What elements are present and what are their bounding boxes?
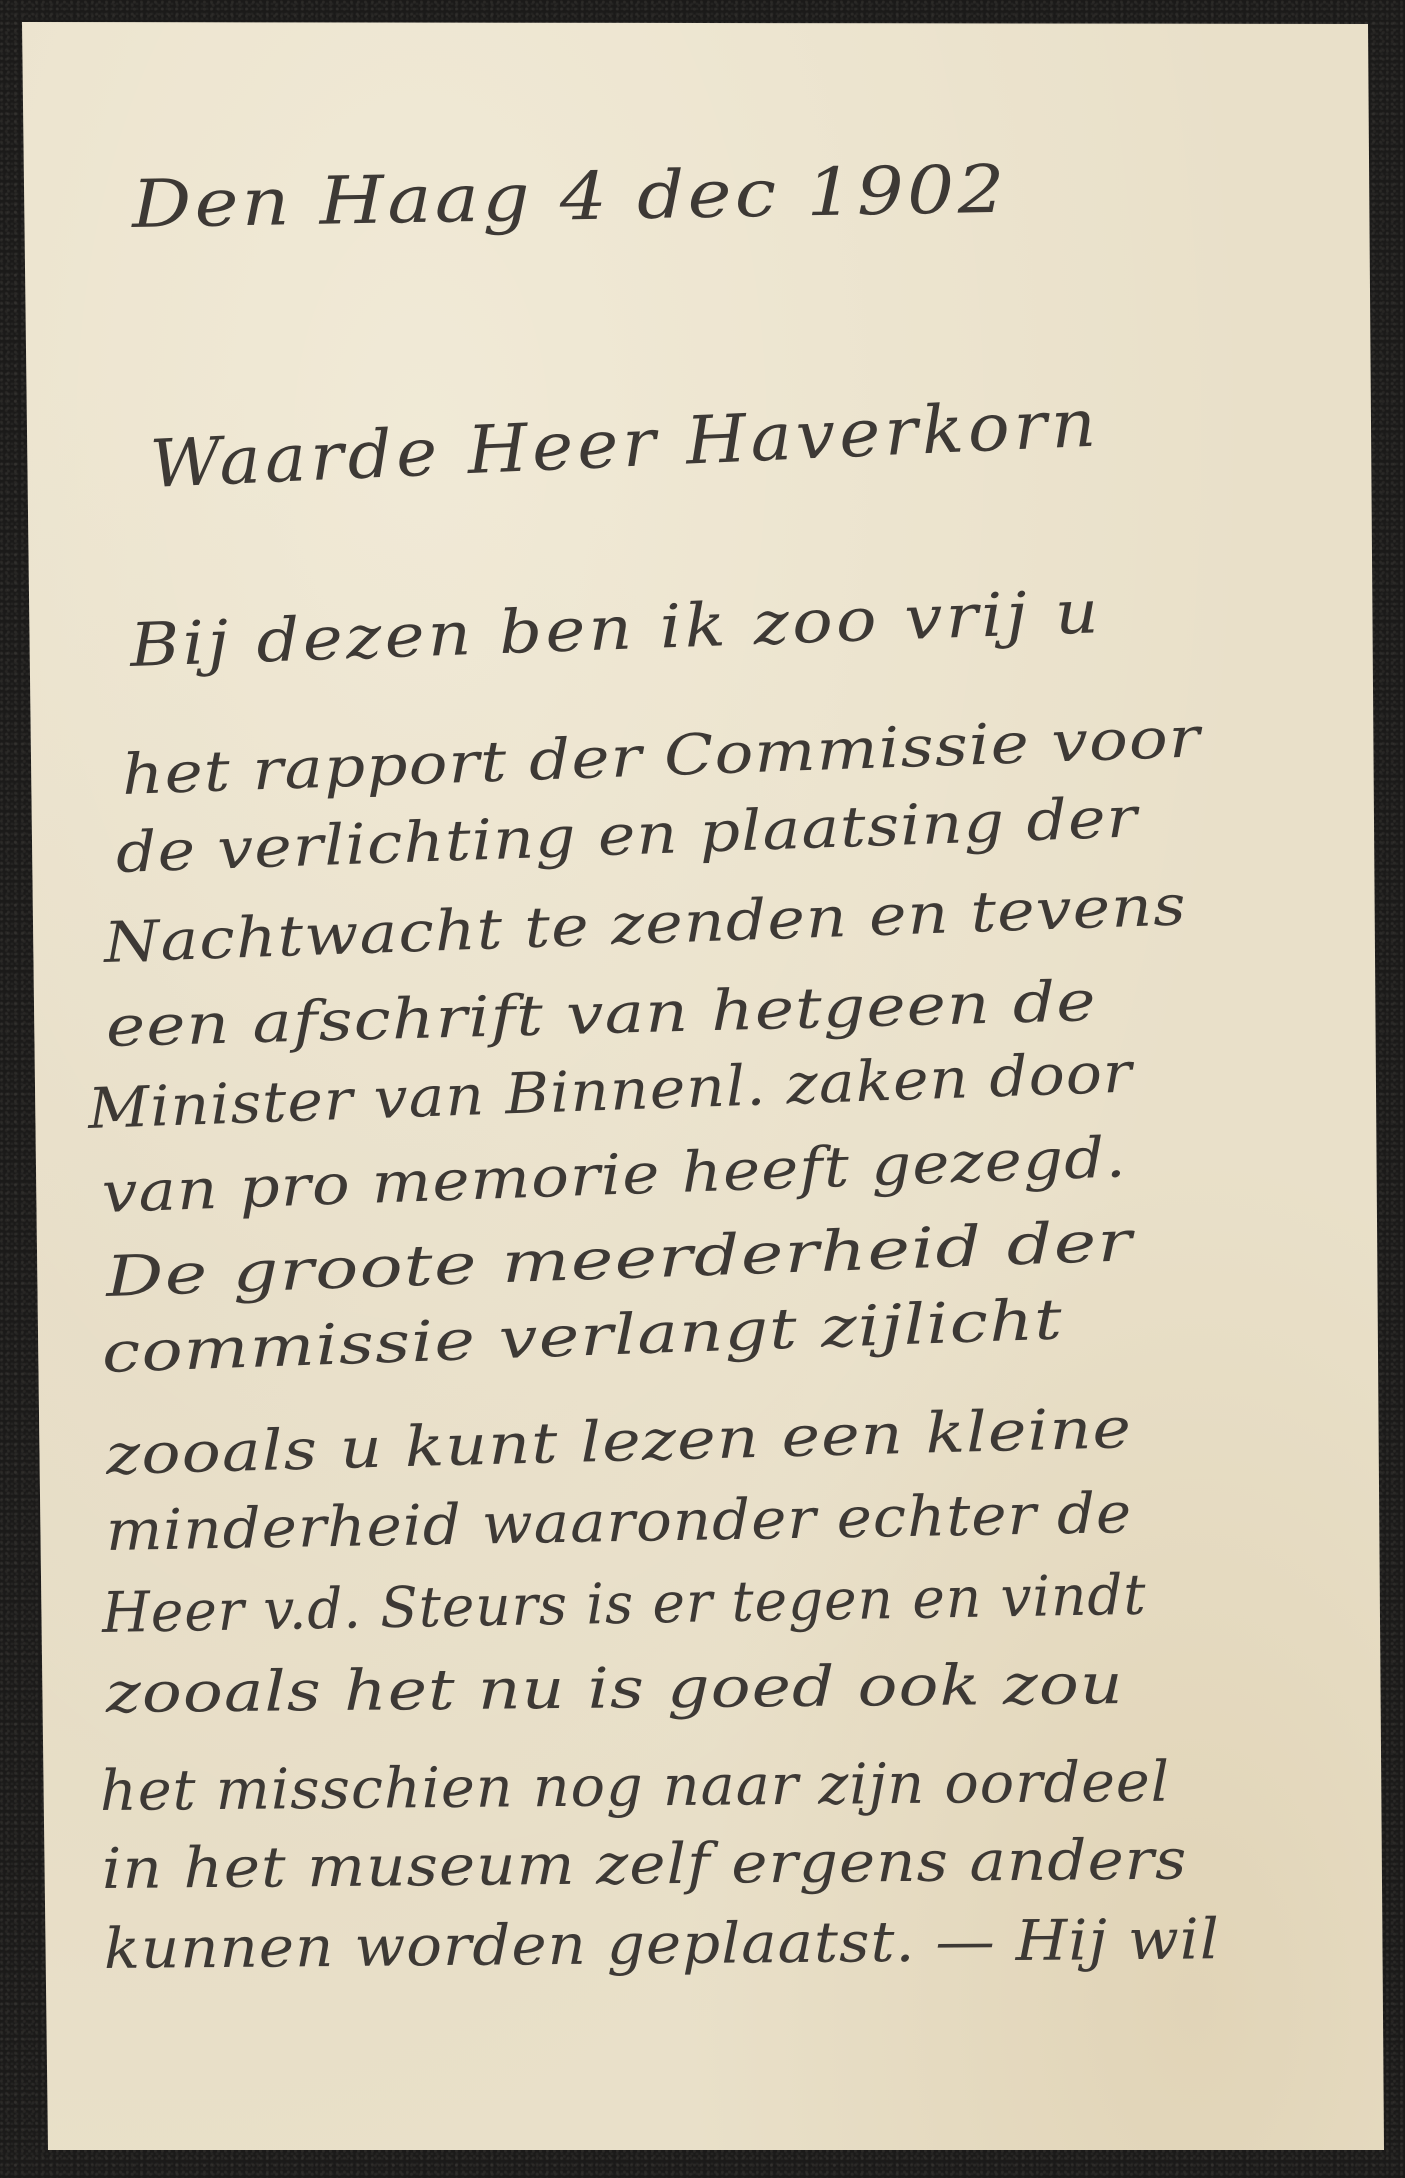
body-line-14: het misschien nog naar zijn oordeel	[100, 1755, 1171, 1820]
body-line-6: Minister van Binnenl. zaken door	[87, 1046, 1134, 1138]
letter-page: Den Haag 4 dec 1902 Waarde Heer Haverkor…	[0, 0, 1405, 2178]
body-line-9: commissie verlangt zijlicht	[101, 1292, 1064, 1382]
body-line-11: minderheid waaronder echter de	[106, 1486, 1133, 1560]
body-line-7: van pro memorie heeft gezegd.	[101, 1130, 1127, 1222]
salutation-line: Waarde Heer Haverkorn	[149, 391, 1102, 498]
body-line-12: Heer v.d. Steurs is er tegen en vindt	[102, 1568, 1147, 1642]
body-line-3: de verlichting en plaatsing der	[115, 790, 1139, 882]
body-line-13: zooals het nu is goed ook zou	[106, 1657, 1124, 1722]
body-line-16: kunnen worden geplaatst. — Hij wil	[104, 1912, 1220, 1978]
body-line-1: Bij dezen ben ik zoo vrij u	[129, 582, 1103, 676]
body-line-5: een afschrift van hetgeen de	[105, 974, 1097, 1056]
body-line-15: in het museum zelf ergens anders	[102, 1833, 1188, 1898]
body-line-10: zooals u kunt lezen een kleine	[105, 1401, 1133, 1484]
body-line-4: Nachtwacht te zenden en tevens	[103, 878, 1188, 972]
place-date-line: Den Haag 4 dec 1902	[131, 159, 849, 237]
